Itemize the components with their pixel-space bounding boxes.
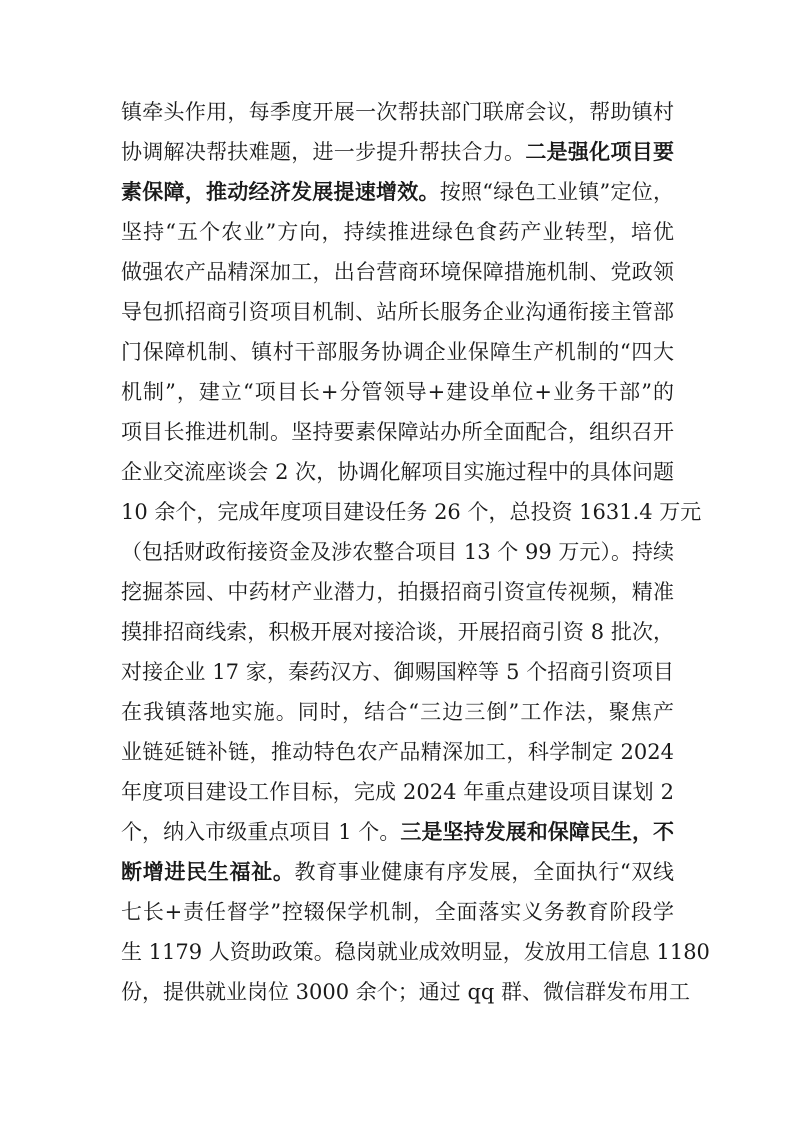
text-line: 协调解决帮扶难题，进一步提升帮扶合力。二是强化项目要	[121, 132, 674, 172]
body-text: 做强农产品精深加工，出台营商环境保障措施机制、党政领	[121, 260, 674, 284]
bold-heading-text: 三是坚持发展和保障民生，不	[400, 820, 674, 844]
text-line: 10 余个，完成年度项目建设任务 26 个，总投资 1631.4 万元	[121, 492, 674, 532]
body-text: 在我镇落地实施。同时，结合“三边三倒”工作法，聚焦产	[121, 700, 674, 724]
text-line: 摸排招商线索，积极开展对接洽谈，开展招商引资 8 批次，	[121, 612, 674, 652]
text-line: 素保障，推动经济发展提速增效。按照“绿色工业镇”定位，	[121, 172, 674, 212]
text-line: 镇牵头作用，每季度开展一次帮扶部门联席会议，帮助镇村	[121, 92, 674, 132]
text-line: 断增进民生福祉。教育事业健康有序发展，全面执行“双线	[121, 852, 674, 892]
bold-heading-text: 二是强化项目要	[525, 140, 674, 164]
body-text: 教育事业健康有序发展，全面执行“双线	[295, 860, 674, 884]
text-line: 做强农产品精深加工，出台营商环境保障措施机制、党政领	[121, 252, 674, 292]
text-line: 对接企业 17 家，秦药汉方、御赐国粹等 5 个招商引资项目	[121, 652, 674, 692]
body-text: 挖掘茶园、中药材产业潜力，拍摄招商引资宣传视频，精准	[121, 580, 674, 604]
text-line: 挖掘茶园、中药材产业潜力，拍摄招商引资宣传视频，精准	[121, 572, 674, 612]
text-line: 导包抓招商引资项目机制、站所长服务企业沟通衔接主管部	[121, 292, 674, 332]
body-text: 门保障机制、镇村干部服务协调企业保障生产机制的“四大	[121, 340, 674, 364]
text-line: 企业交流座谈会 2 次，协调化解项目实施过程中的具体问题	[121, 452, 674, 492]
body-text: 镇牵头作用，每季度开展一次帮扶部门联席会议，帮助镇村	[121, 100, 674, 124]
text-line: 在我镇落地实施。同时，结合“三边三倒”工作法，聚焦产	[121, 692, 674, 732]
body-text: 摸排招商线索，积极开展对接洽谈，开展招商引资 8 批次，	[121, 620, 674, 644]
body-text: 份，提供就业岗位 3000 余个；通过 qq 群、微信群发布用工	[121, 980, 690, 1004]
text-line: 份，提供就业岗位 3000 余个；通过 qq 群、微信群发布用工	[121, 972, 674, 1012]
text-line: 年度项目建设工作目标，完成 2024 年重点建设项目谋划 2	[121, 772, 674, 812]
body-text: 按照“绿色工业镇”定位，	[440, 180, 674, 204]
text-line: 门保障机制、镇村干部服务协调企业保障生产机制的“四大	[121, 332, 674, 372]
body-text: 对接企业 17 家，秦药汉方、御赐国粹等 5 个招商引资项目	[121, 660, 674, 684]
text-line: 业链延链补链，推动特色农产品精深加工，科学制定 2024	[121, 732, 674, 772]
body-text: 业链延链补链，推动特色农产品精深加工，科学制定 2024	[121, 740, 674, 764]
bold-heading-text: 断增进民生福祉。	[121, 860, 295, 884]
text-line: 个，纳入市级重点项目 1 个。三是坚持发展和保障民生，不	[121, 812, 674, 852]
body-text: 项目长推进机制。坚持要素保障站办所全面配合，组织召开	[121, 420, 674, 444]
body-text: 坚持“五个农业”方向，持续推进绿色食药产业转型，培优	[121, 220, 674, 244]
text-line: 机制”，建立“项目长+分管领导+建设单位+业务干部”的	[121, 372, 674, 412]
body-text: 个，纳入市级重点项目 1 个。	[121, 820, 400, 844]
bold-heading-text: 素保障，推动经济发展提速增效。	[121, 180, 440, 204]
body-text: 年度项目建设工作目标，完成 2024 年重点建设项目谋划 2	[121, 780, 674, 804]
body-text: 协调解决帮扶难题，进一步提升帮扶合力。	[121, 140, 525, 164]
body-text: 导包抓招商引资项目机制、站所长服务企业沟通衔接主管部	[121, 300, 674, 324]
document-page: 镇牵头作用，每季度开展一次帮扶部门联席会议，帮助镇村协调解决帮扶难题，进一步提升…	[121, 92, 674, 1012]
body-text: 企业交流座谈会 2 次，协调化解项目实施过程中的具体问题	[121, 460, 674, 484]
body-text: 10 余个，完成年度项目建设任务 26 个，总投资 1631.4 万元	[121, 500, 701, 524]
body-text: 生 1179 人资助政策。稳岗就业成效明显，发放用工信息 1180	[121, 940, 710, 964]
text-line: 项目长推进机制。坚持要素保障站办所全面配合，组织召开	[121, 412, 674, 452]
text-line: （包括财政衔接资金及涉农整合项目 13 个 99 万元）。持续	[121, 532, 674, 572]
body-text: 七长+责任督学”控辍保学机制，全面落实义务教育阶段学	[121, 900, 674, 924]
text-line: 坚持“五个农业”方向，持续推进绿色食药产业转型，培优	[121, 212, 674, 252]
text-line: 生 1179 人资助政策。稳岗就业成效明显，发放用工信息 1180	[121, 932, 674, 972]
body-text: 机制”，建立“项目长+分管领导+建设单位+业务干部”的	[121, 380, 674, 404]
body-text: （包括财政衔接资金及涉农整合项目 13 个 99 万元）。持续	[121, 540, 674, 564]
text-line: 七长+责任督学”控辍保学机制，全面落实义务教育阶段学	[121, 892, 674, 932]
